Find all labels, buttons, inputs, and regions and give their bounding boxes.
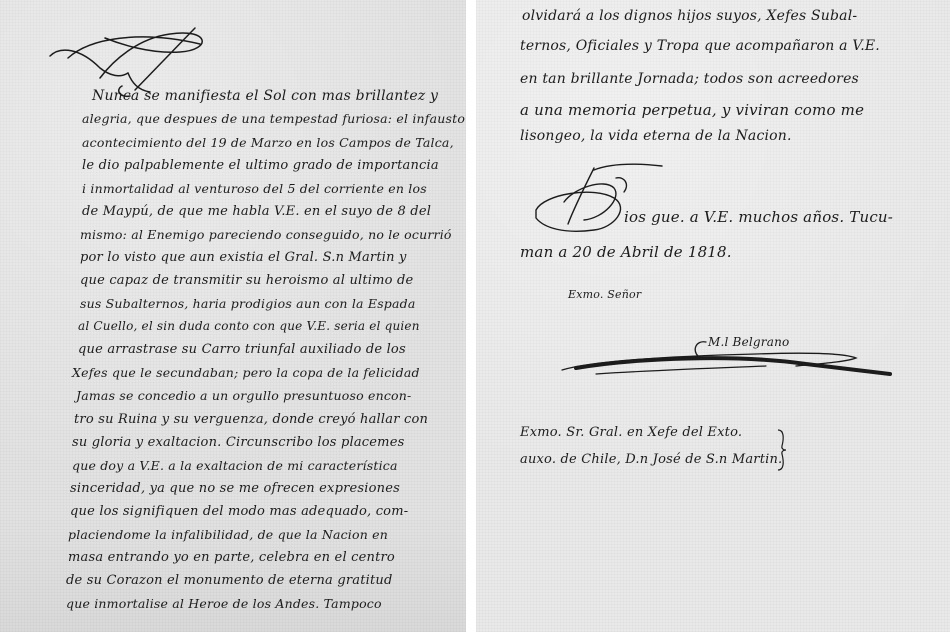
left-line-2: alegria, que despues de una tempestad fu… — [82, 111, 465, 126]
left-line-17: que doy a V.E. a la exaltacion de mi car… — [72, 458, 398, 473]
left-line-23: que inmortalise al Heroe de los Andes. T… — [66, 596, 382, 611]
initial-flourish-n-icon — [40, 18, 220, 98]
left-line-5: i inmortalidad al venturoso del 5 del co… — [82, 181, 427, 196]
left-line-18: sinceridad, ya que no se me ofrecen expr… — [70, 481, 400, 496]
left-line-19: que los signifiquen del modo mas adequad… — [70, 504, 408, 519]
left-line-16: su gloria y exaltacion. Circunscribo los… — [72, 435, 404, 450]
signature-rubric-icon — [556, 330, 896, 380]
left-line-11: al Cuello, el sin duda conto con que V.E… — [78, 319, 420, 333]
addressee-line-2: auxo. de Chile, D.n José de S.n Martin. — [520, 452, 782, 467]
right-line-1: olvidará a los dignos hijos suyos, Xefes… — [522, 8, 857, 24]
left-line-14: Jamas se concedio a un orgullo presuntuo… — [76, 388, 411, 403]
left-line-3: acontecimiento del 19 de Marzo en los Ca… — [82, 135, 454, 150]
left-line-10: sus Subalternos, haria prodigios aun con… — [80, 296, 416, 311]
right-line-5: lisongeo, la vida eterna de la Nacion. — [520, 128, 792, 144]
left-line-1: Nunca se manifiesta el Sol con mas brill… — [92, 88, 438, 104]
closing-line-1: ios gue. a V.E. muchos años. Tucu- — [624, 208, 893, 226]
right-line-3: en tan brillante Jornada; todos son acre… — [520, 71, 859, 87]
left-line-21: masa entrando yo en parte, celebra en el… — [68, 550, 395, 565]
addressee-brace-icon — [776, 428, 790, 472]
left-line-13: Xefes que le secundaban; pero la copa de… — [72, 365, 420, 380]
right-line-4: a una memoria perpetua, y viviran como m… — [520, 101, 864, 119]
addressee-line-1: Exmo. Sr. Gral. en Xefe del Exto. — [520, 425, 742, 440]
manuscript-page-left: Nunca se manifiesta el Sol con mas brill… — [0, 0, 466, 632]
left-line-9: que capaz de transmitir su heroismo al u… — [80, 273, 413, 288]
left-line-6: de Maypú, de que me habla V.E. en el suy… — [82, 204, 431, 219]
left-line-8: por lo visto que aun existia el Gral. S.… — [80, 250, 407, 265]
left-line-7: mismo: al Enemigo pareciendo conseguido,… — [80, 227, 452, 242]
manuscript-page-right: olvidará a los dignos hijos suyos, Xefes… — [476, 0, 950, 632]
salutation: Exmo. Señor — [568, 288, 641, 301]
initial-flourish-d-icon — [534, 158, 664, 238]
left-line-4: le dio palpablemente el ultimo grado de … — [82, 158, 439, 173]
closing-line-2: man a 20 de Abril de 1818. — [520, 243, 732, 261]
left-line-12: que arrastrase su Carro triunfal auxilia… — [78, 342, 406, 357]
left-line-20: placiendome la infalibilidad, de que la … — [68, 527, 388, 542]
left-line-22: de su Corazon el monumento de eterna gra… — [66, 573, 393, 588]
right-line-2: ternos, Oficiales y Tropa que acompañaro… — [520, 38, 880, 54]
left-line-15: tro su Ruina y su verguenza, donde creyó… — [74, 412, 428, 427]
